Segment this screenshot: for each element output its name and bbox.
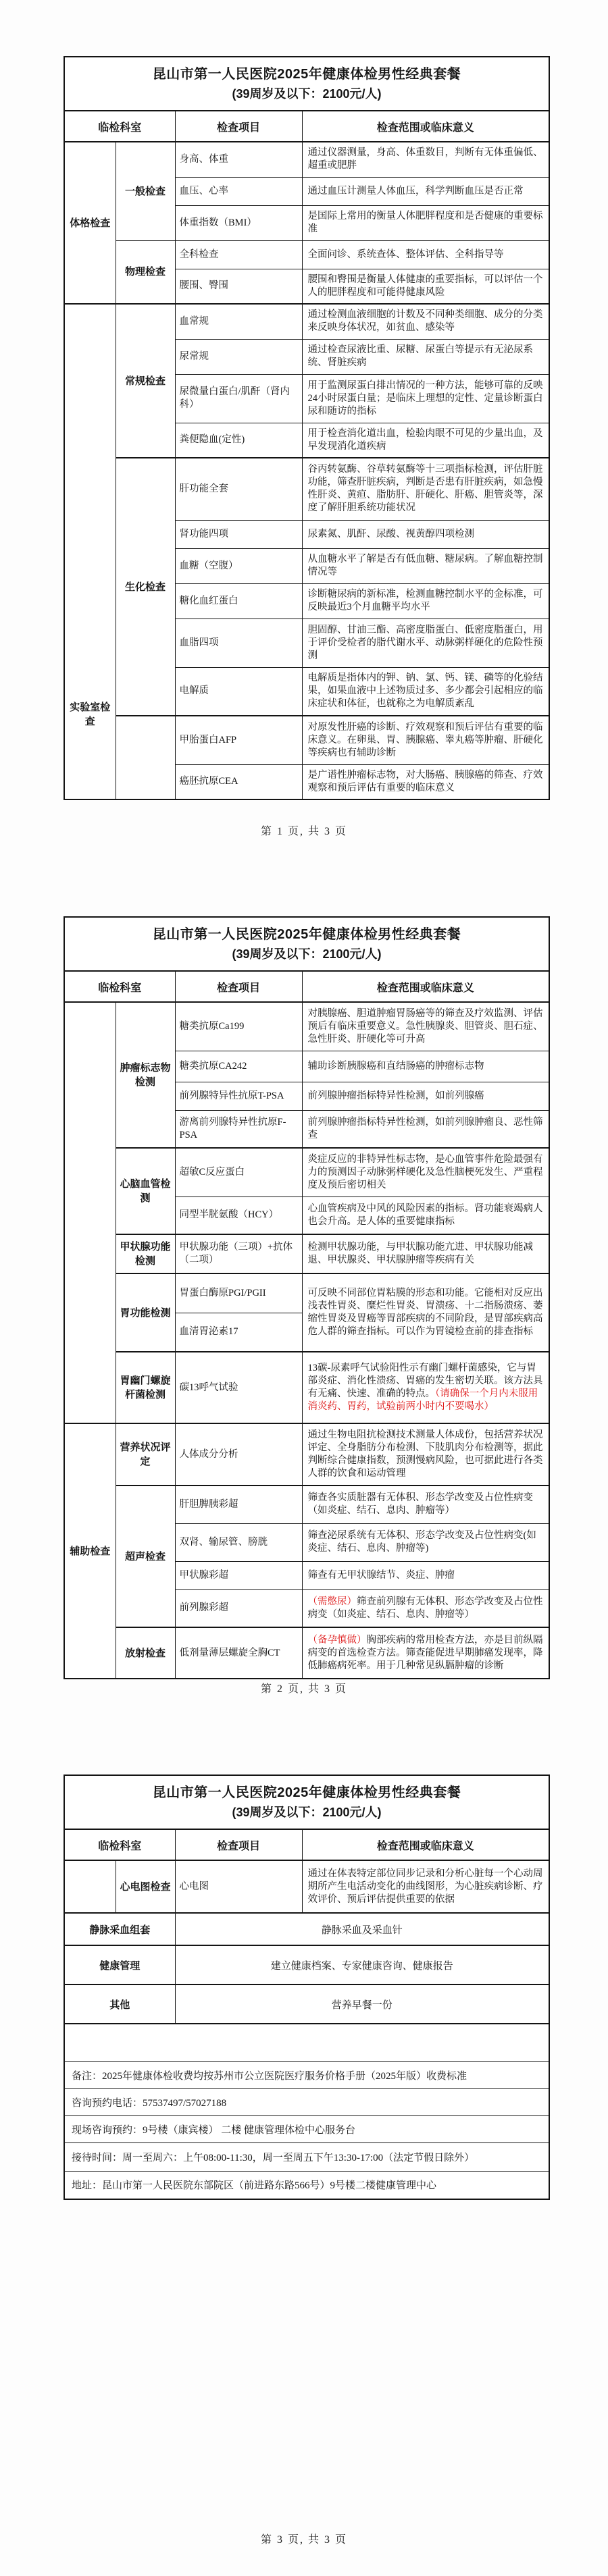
- item-cell: 身高、体重: [175, 142, 302, 177]
- note-phone: 咨询预约电话：57537497/57027188: [64, 2088, 549, 2115]
- item-cell: 血常规: [175, 304, 302, 339]
- item-cell: 心电图: [175, 1860, 302, 1913]
- meaning-cell: 诊断糖尿病的新标准，检测血糖控制水平的金标准，可反映最近3个月血糖平均水平: [302, 583, 549, 619]
- item-cell: 甲状腺彩超: [175, 1561, 302, 1589]
- item-cell: 超敏C反应蛋白: [175, 1148, 302, 1197]
- group-cell-thyroid: 甲状腺功能检测: [116, 1234, 175, 1273]
- column-header-dept: 临检科室: [64, 1829, 175, 1860]
- note-address: 地址：昆山市第一人民医院东部院区（前进路东路566号）9号楼二楼健康管理中心: [64, 2171, 549, 2199]
- package-table-page-2: 昆山市第一人民医院2025年健康体检男性经典套餐 (39周岁及以下：2100元/…: [64, 916, 550, 1679]
- meaning-cell: 通过检测血液细胞的计数及不同种类细胞、成分的分类来反映身体状况，如贫血、感染等: [302, 304, 549, 339]
- item-cell: 尿常规: [175, 339, 302, 374]
- group-cell-general: 一般检查: [116, 142, 175, 240]
- column-header-meaning: 检查范围或临床意义: [302, 111, 549, 142]
- column-header-item: 检查项目: [175, 1829, 302, 1860]
- item-cell: 肝胆脾胰彩超: [175, 1486, 302, 1523]
- meaning-cell: 腰围和臀围是衡量人体健康的重要指标，可以评估一个人的肥胖程度和可能得健康风险: [302, 269, 549, 304]
- meaning-cell: 通过仪器测量，身高、体重数目，判断有无体重偏低、超重或肥胖: [302, 142, 549, 177]
- page-footer-1: 第 1 页, 共 3 页: [0, 822, 608, 838]
- item-cell: 双肾、输尿管、膀胱: [175, 1523, 302, 1561]
- meaning-cell: 通过血压计测量人体血压，科学判断血压是否正常: [302, 177, 549, 205]
- item-cell: 糖化血红蛋白: [175, 583, 302, 619]
- column-header-dept: 临检科室: [64, 971, 175, 1002]
- item-cell: 血压、心率: [175, 177, 302, 205]
- summary-content-other: 营养早餐一份: [175, 1984, 549, 2024]
- page-subtitle: (39周岁及以下：2100元/人): [68, 1803, 546, 1822]
- meaning-cell: 13碳-尿素呼气试验阳性示有幽门螺杆菌感染，它与胃部炎症、消化性溃疡、胃癌的发生…: [302, 1352, 549, 1423]
- item-cell: 粪便隐血(定性): [175, 423, 302, 458]
- page-subtitle: (39周岁及以下：2100元/人): [68, 84, 546, 103]
- meaning-warning-text: （需憋尿）: [308, 1596, 357, 1607]
- meaning-cell: 从血糖水平了解是否有低血糖、糖尿病。了解血糖控制情况等: [302, 548, 549, 583]
- item-cell: 胃蛋白酶原PGI/PGII: [175, 1273, 302, 1313]
- meaning-cell: 前列腺肿瘤指标特异性检测，如前列腺癌: [302, 1082, 549, 1110]
- package-table-page-1: 昆山市第一人民医院2025年健康体检男性经典套餐 (39周岁及以下：2100元/…: [64, 56, 550, 800]
- item-cell: 甲胎蛋白AFP: [175, 716, 302, 764]
- meaning-cell: 筛查各实质脏器有无体积、形态学改变及占位性病变（如炎症、结石、息肉、肿瘤等）: [302, 1486, 549, 1523]
- item-cell: 前列腺特异性抗原T-PSA: [175, 1082, 302, 1110]
- group-cell-hp: 胃幽门螺旋杆菌检测: [116, 1352, 175, 1423]
- item-cell: 肝功能全套: [175, 458, 302, 520]
- item-cell: 糖类抗原CA242: [175, 1051, 302, 1082]
- meaning-cell: 筛查有无甲状腺结节、炎症、肿瘤: [302, 1561, 549, 1589]
- item-cell: 低剂量薄层螺旋全胸CT: [175, 1627, 302, 1679]
- meaning-cell: 对原发性肝癌的诊断、疗效观察和预后评估有重要的临床意义。在卵巢、胃、胰腺癌、睾丸…: [302, 716, 549, 764]
- summary-label-blood-draw: 静脉采血组套: [64, 1913, 175, 1945]
- meaning-cell: 全面问诊、系统查体、整体评估、全科指导等: [302, 240, 549, 269]
- item-cell: 血脂四项: [175, 619, 302, 667]
- meaning-cell: 通过检查尿液比重、尿糖、尿蛋白等提示有无泌尿系统、肾脏疾病: [302, 339, 549, 374]
- item-cell: 肾功能四项: [175, 520, 302, 548]
- item-cell: 甲状腺功能（三项）+抗体（二项）: [175, 1234, 302, 1273]
- page-footer-3: 第 3 页, 共 3 页: [0, 2531, 608, 2546]
- note-onsite: 现场咨询预约：9号楼（康宾楼） 二楼 健康管理体检中心服务台: [64, 2115, 549, 2143]
- group-cell-cardio: 心脑血管检测: [116, 1148, 175, 1234]
- item-cell: 癌胚抗原CEA: [175, 764, 302, 799]
- dept-cell-physical-exam: 体格检查: [64, 142, 116, 304]
- item-cell: 人体成分分析: [175, 1423, 302, 1486]
- item-cell: 血清胃泌素17: [175, 1313, 302, 1352]
- column-header-item: 检查项目: [175, 971, 302, 1002]
- meaning-cell: 通过生物电阻抗检测技术测量人体成份，包括营养状况评定、全身脂肪分布检测、下肢肌肉…: [302, 1423, 549, 1486]
- group-cell-nutrition: 营养状况评定: [116, 1423, 175, 1486]
- summary-label-other: 其他: [64, 1984, 175, 2024]
- meaning-cell: 辅助诊断胰腺癌和直结肠癌的肿瘤标志物: [302, 1051, 549, 1082]
- page-footer-2: 第 2 页, 共 3 页: [0, 1680, 608, 1696]
- page-title-block: 昆山市第一人民医院2025年健康体检男性经典套餐 (39周岁及以下：2100元/…: [64, 917, 549, 971]
- meaning-cell: 尿素氮、肌酐、尿酸、视黄醇四项检测: [302, 520, 549, 548]
- page-subtitle: (39周岁及以下：2100元/人): [68, 945, 546, 964]
- item-cell: 体重指数（BMI）: [175, 205, 302, 240]
- page-title-block: 昆山市第一人民医院2025年健康体检男性经典套餐 (39周岁及以下：2100元/…: [64, 57, 549, 111]
- group-cell-routine: 常规检查: [116, 304, 175, 458]
- meaning-cell: 胆固醇、甘油三酯、高密度脂蛋白、低密度脂蛋白，用于评价受检者的脂代谢水平、动脉粥…: [302, 619, 549, 667]
- dept-cell-auxiliary: 辅助检查: [64, 1423, 116, 1679]
- group-cell-gastric: 胃功能检测: [116, 1273, 175, 1352]
- item-cell: 碳13呼气试验: [175, 1352, 302, 1423]
- summary-content-blood-draw: 静脉采血及采血针: [175, 1913, 549, 1945]
- group-cell-tumor-cont: [116, 716, 175, 799]
- group-cell-ultrasound: 超声检查: [116, 1486, 175, 1627]
- meaning-cell: 用于监测尿蛋白排出情况的一种方法，能够可靠的反映24小时尿蛋白量；是临床上理想的…: [302, 374, 549, 423]
- page-title: 昆山市第一人民医院2025年健康体检男性经典套餐: [68, 1783, 546, 1803]
- note-hours: 接待时间：周一至周六：上午08:00-11:30，周一至周五下午13:30-17…: [64, 2143, 549, 2171]
- item-cell: 同型半胱氨酸（HCY）: [175, 1197, 302, 1234]
- dept-cell-laboratory: 实验室检查: [64, 304, 116, 799]
- group-cell-radiology: 放射检查: [116, 1627, 175, 1679]
- meaning-cell: 电解质是指体内的钾、钠、氯、钙、镁、磷等的化验结果，如果血液中上述物质过多、多少…: [302, 667, 549, 716]
- dept-cell-auxiliary-cont: [64, 1860, 116, 1913]
- summary-label-health-management: 健康管理: [64, 1945, 175, 1984]
- meaning-cell: 通过在体表特定部位同步记录和分析心脏每一个心动周期所产生电活动变化的曲线图形，为…: [302, 1860, 549, 1913]
- meaning-cell: （需憋尿）筛查前列腺有无体积、形态学改变及占位性病变（如炎症、结石、息肉、肿瘤等…: [302, 1589, 549, 1627]
- item-cell: 全科检查: [175, 240, 302, 269]
- meaning-cell: 心血管疾病及中风的风险因素的指标。肾功能衰竭病人也会升高。是人体的重要健康指标: [302, 1197, 549, 1234]
- note-remark: 备注：2025年健康体检收费均按苏州市公立医院医疗服务价格手册（2025年版）收…: [64, 2061, 549, 2088]
- meaning-cell: 是国际上常用的衡量人体肥胖程度和是否健康的重要标准: [302, 205, 549, 240]
- package-table-page-3: 昆山市第一人民医院2025年健康体检男性经典套餐 (39周岁及以下：2100元/…: [64, 1775, 550, 2200]
- meaning-cell: 前列腺肿瘤指标特异性检测，如前列腺肿瘤良、恶性筛查: [302, 1110, 549, 1148]
- meaning-cell: 谷丙转氨酶、谷草转氨酶等十三项指标检测，评估肝脏功能，筛查肝脏疾病，判断是否患有…: [302, 458, 549, 520]
- item-cell: 腰围、臀围: [175, 269, 302, 304]
- item-cell: 血糖（空腹）: [175, 548, 302, 583]
- meaning-cell: 是广谱性肿瘤标志物，对大肠癌、胰腺癌的筛查、疗效观察和预后评估有重要的临床意义: [302, 764, 549, 799]
- item-cell: 电解质: [175, 667, 302, 716]
- meaning-cell: 对胰腺癌、胆道肿瘤胃肠癌等的筛查及疗效监测、评估预后有临床重要意义。急性胰腺炎、…: [302, 1002, 549, 1051]
- meaning-cell: （备孕慎做）胸部疾病的常用检查方法，亦是目前纵隔病变的首选检查方法。筛查能促进早…: [302, 1627, 549, 1679]
- meaning-cell: 筛查泌尿系统有无体积、形态学改变及占位性病变(如炎症、结石、息肉、肿瘤等): [302, 1523, 549, 1561]
- dept-cell-laboratory-cont: [64, 1002, 116, 1423]
- page-title: 昆山市第一人民医院2025年健康体检男性经典套餐: [68, 64, 546, 84]
- meaning-warning-text: （备孕慎做）: [308, 1635, 367, 1646]
- meaning-cell: 检测甲状腺功能，与甲状腺功能亢进、甲状腺功能减退、甲状腺炎、甲状腺肿瘤等疾病有关: [302, 1234, 549, 1273]
- meaning-cell: 用于检查消化道出血，检验肉眼不可见的少量出血，及早发现消化道疾病: [302, 423, 549, 458]
- document-canvas: { "doc": { "title": "昆山市第一人民医院2025年健康体检男…: [0, 0, 608, 2576]
- page-title-block: 昆山市第一人民医院2025年健康体检男性经典套餐 (39周岁及以下：2100元/…: [64, 1775, 549, 1829]
- item-cell: 糖类抗原Ca199: [175, 1002, 302, 1051]
- group-cell-biochem: 生化检查: [116, 458, 175, 716]
- group-cell-physical: 物理检查: [116, 240, 175, 304]
- item-cell: 尿微量白蛋白/肌酐（肾内科）: [175, 374, 302, 423]
- column-header-meaning: 检查范围或临床意义: [302, 971, 549, 1002]
- item-cell: 游离前列腺特异性抗原F-PSA: [175, 1110, 302, 1148]
- column-header-item: 检查项目: [175, 111, 302, 142]
- column-header-meaning: 检查范围或临床意义: [302, 1829, 549, 1860]
- group-cell-ecg: 心电图检查: [116, 1860, 175, 1913]
- group-cell-tumor-markers: 肿瘤标志物检测: [116, 1002, 175, 1148]
- page-title: 昆山市第一人民医院2025年健康体检男性经典套餐: [68, 924, 546, 945]
- summary-content-health-management: 建立健康档案、专家健康咨询、健康报告: [175, 1945, 549, 1984]
- item-cell: 前列腺彩超: [175, 1589, 302, 1627]
- meaning-cell: 炎症反应的非特异性标志物，是心血管事件危险最强有力的预测因子动脉粥样硬化及急性脑…: [302, 1148, 549, 1197]
- column-header-dept: 临检科室: [64, 111, 175, 142]
- meaning-cell: 可反映不同部位胃粘膜的形态和功能。它能相对反应出浅表性胃炎、糜烂性胃炎、胃溃疡、…: [302, 1273, 549, 1352]
- spacer-row: [64, 2024, 549, 2061]
